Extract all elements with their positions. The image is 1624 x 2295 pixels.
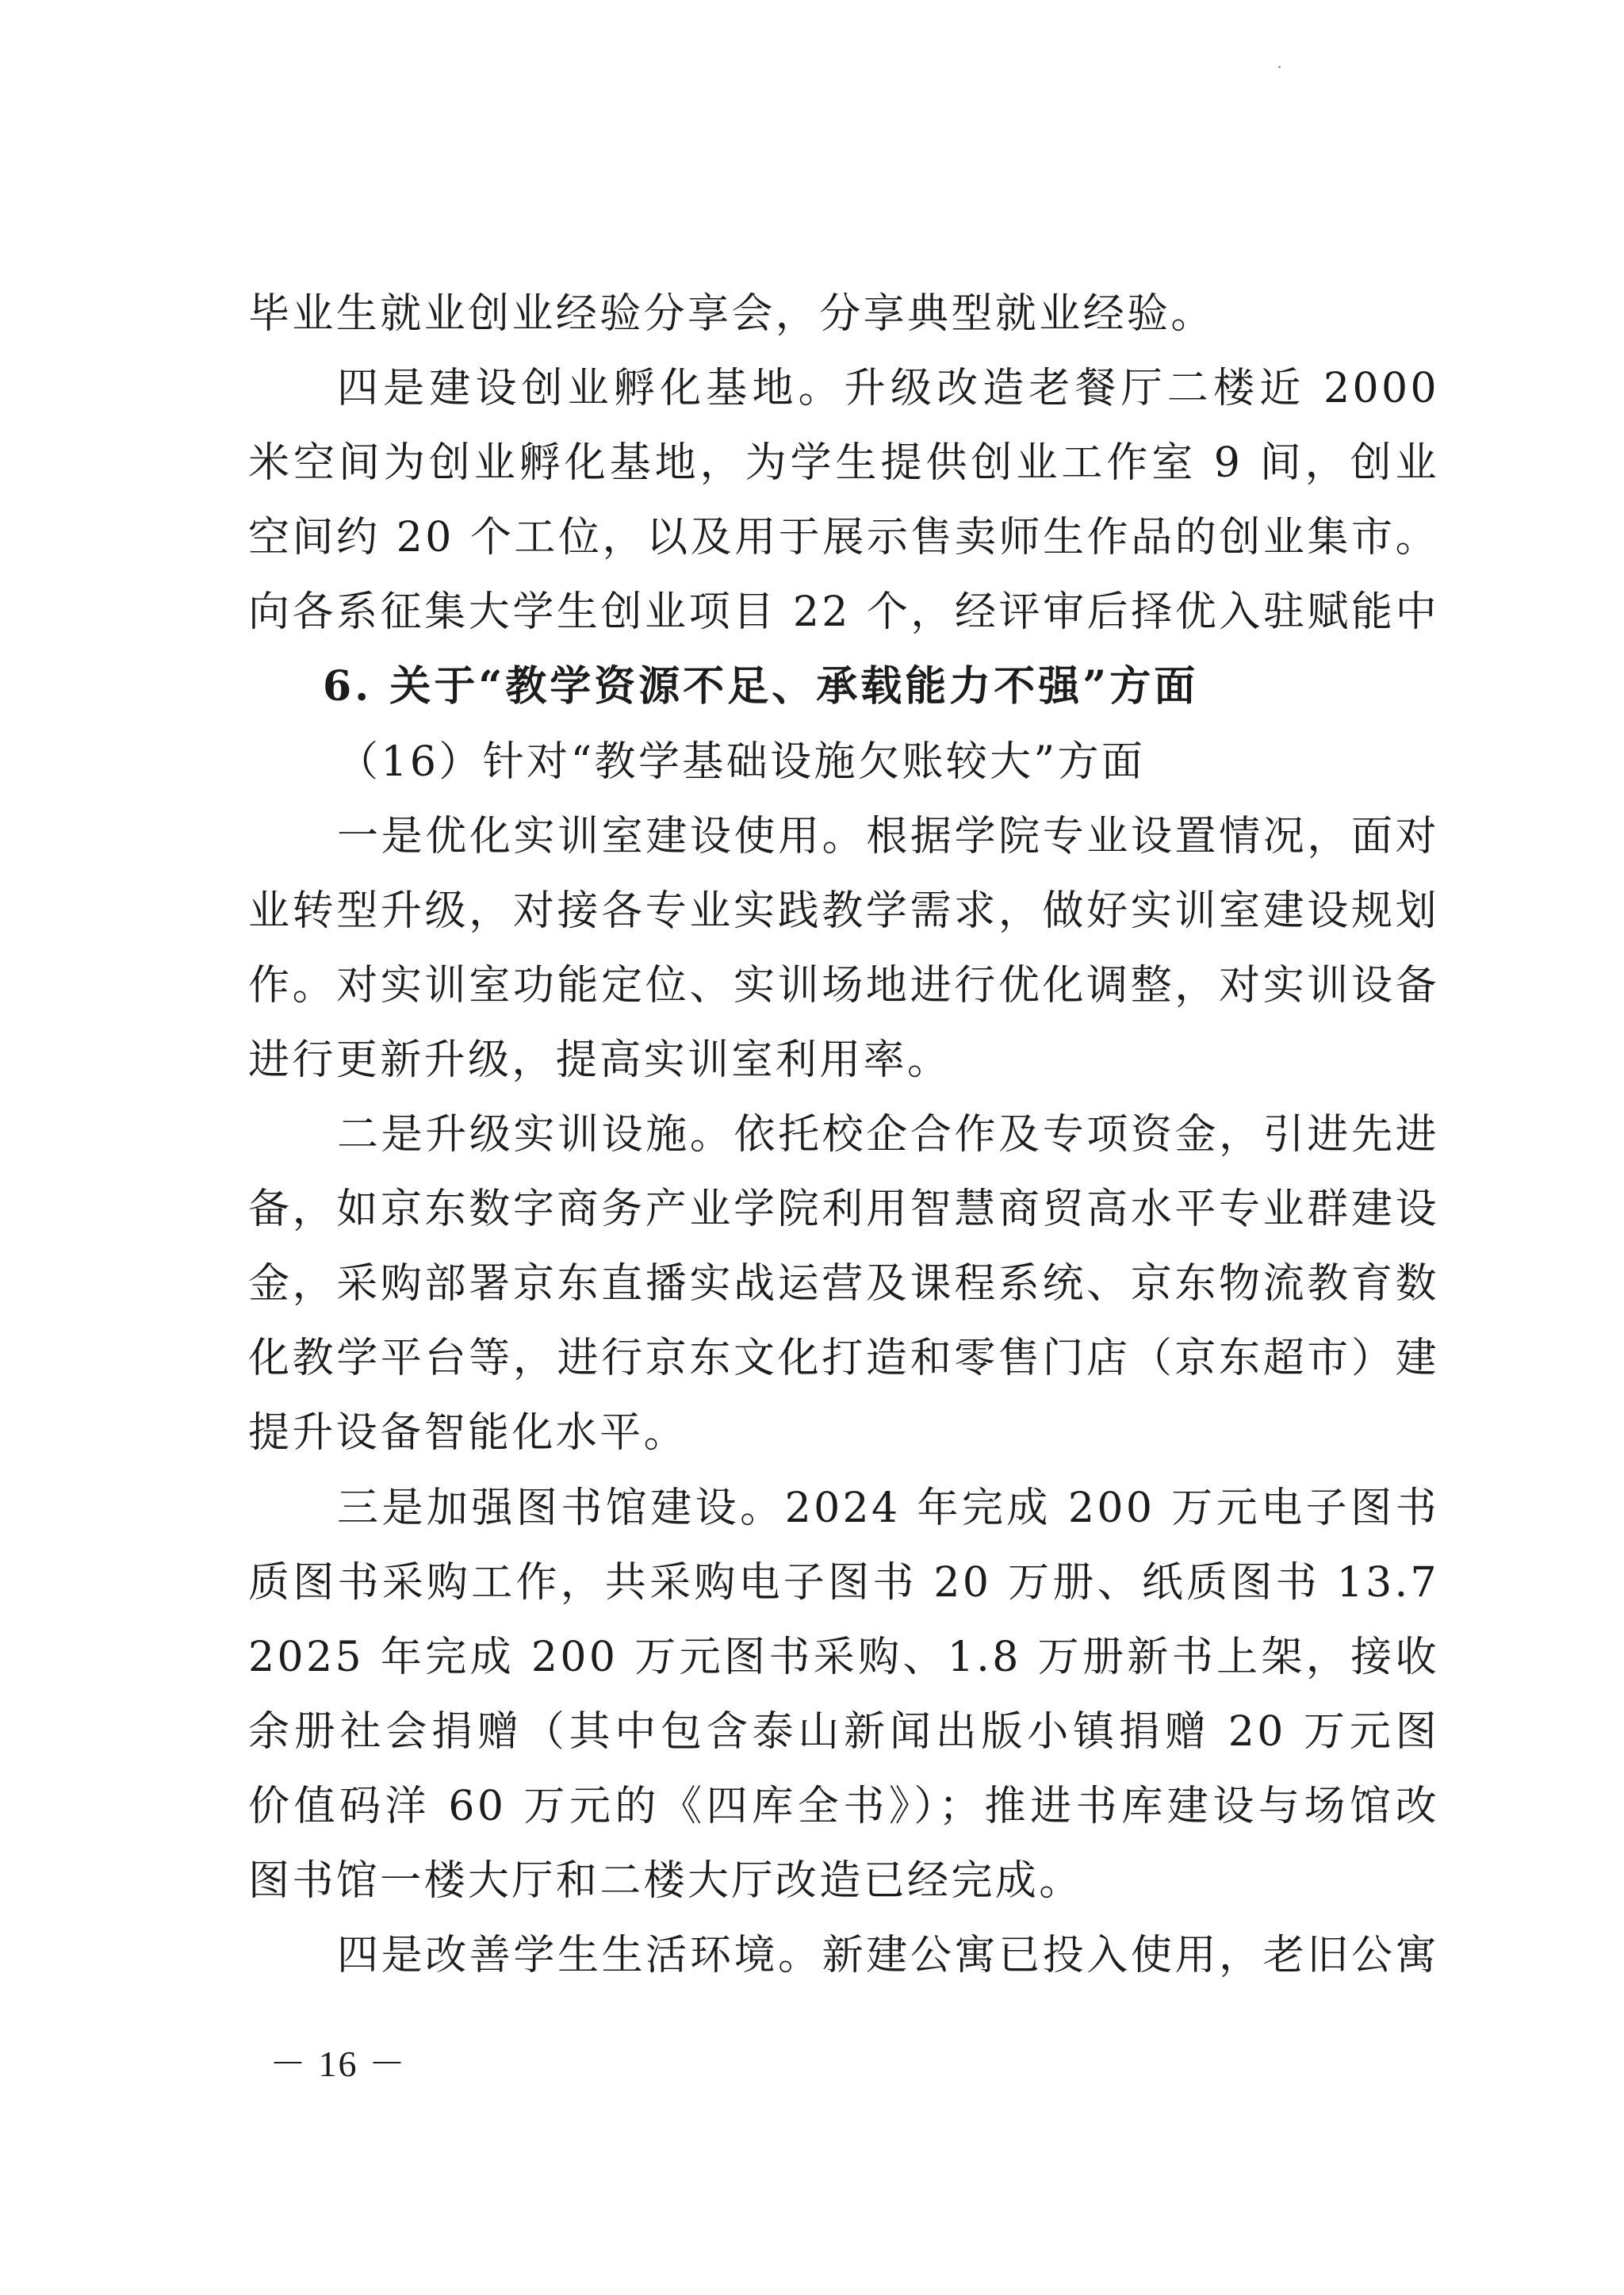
paragraph-line: 备，如京东数字商务产业学院利用智慧商贸高水平专业群建设资 [248, 1172, 1439, 1247]
paragraph-line: 一是优化实训室建设使用。根据学院专业设置情况，面对行 [248, 799, 1439, 874]
paragraph-line: 三是加强图书馆建设。2024 年完成 200 万元电子图书和纸 [248, 1471, 1439, 1546]
paragraph-line: 二是升级实训设施。依托校企合作及专项资金，引进先进设 [248, 1098, 1439, 1172]
paragraph-line: 提升设备智能化水平。 [248, 1396, 1439, 1470]
document-page: 毕业生就业创业经验分享会，分享典型就业经验。 四是建设创业孵化基地。升级改造老餐… [0, 0, 1624, 2295]
paragraph-line: 四是改善学生生活环境。新建公寓已投入使用，老旧公寓暑 [248, 1918, 1439, 1993]
paragraph-line: 向各系征集大学生创业项目 22 个，经评审后择优入驻赋能中心。 [248, 575, 1439, 649]
paragraph-line: 四是建设创业孵化基地。升级改造老餐厅二楼近 2000 平方 [248, 351, 1439, 426]
paragraph-line: 图书馆一楼大厅和二楼大厅改造已经完成。 [248, 1844, 1439, 1918]
paragraph-line: 进行更新升级，提高实训室利用率。 [248, 1023, 1439, 1098]
paragraph-line: 米空间为创业孵化基地，为学生提供创业工作室 9 间，创业共享 [248, 426, 1439, 500]
paragraph-line: 余册社会捐赠（其中包含泰山新闻出版小镇捐赠 20 万元图书， [248, 1695, 1439, 1769]
paragraph-line: 价值码洋 60 万元的《四库全书》）；推进书库建设与场馆改造。 [248, 1769, 1439, 1844]
paragraph-line: 作。对实训室功能定位、实训场地进行优化调整，对实训设备等 [248, 948, 1439, 1023]
paragraph-line: 化教学平台等，进行京东文化打造和零售门店（京东超市）建设， [248, 1321, 1439, 1396]
document-body: 毕业生就业创业经验分享会，分享典型就业经验。 四是建设创业孵化基地。升级改造老餐… [248, 277, 1439, 1993]
scan-speck [1278, 66, 1281, 68]
subsection-heading: （16）针对“教学基础设施欠账较大”方面 [248, 725, 1439, 799]
paragraph-line: 金，采购部署京东直播实战运营及课程系统、京东物流教育数字 [248, 1247, 1439, 1321]
paragraph-line: 毕业生就业创业经验分享会，分享典型就业经验。 [248, 277, 1439, 351]
paragraph-line: 空间约 20 个工位，以及用于展示售卖师生作品的创业集市。面 [248, 500, 1439, 575]
paragraph-line: 业转型升级，对接各专业实践教学需求，做好实训室建设规划工 [248, 874, 1439, 948]
page-number: － 16 － [270, 2035, 407, 2087]
paragraph-line: 2025 年完成 200 万元图书采购、1.8 万册新书上架，接收 6000 [248, 1620, 1439, 1695]
section-heading: 6. 关于“教学资源不足、承载能力不强”方面 [248, 649, 1439, 724]
paragraph-line: 质图书采购工作，共采购电子图书 20 万册、纸质图书 13.7 万册； [248, 1546, 1439, 1620]
